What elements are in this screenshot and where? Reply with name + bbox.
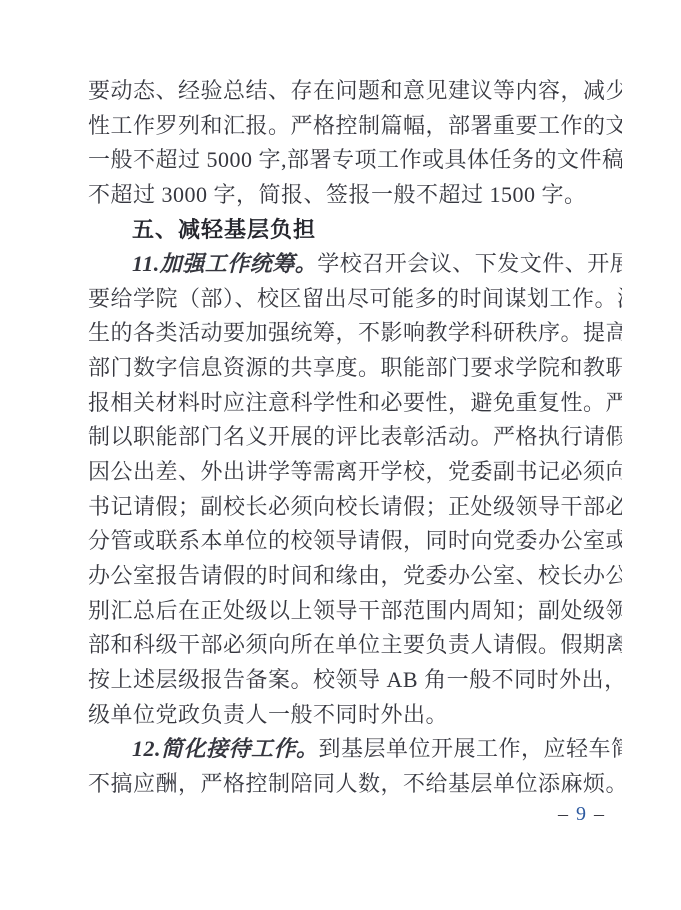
text-line: 因公出差、外出讲学等需离开学校，党委副书记必须向党委 — [88, 455, 622, 490]
text-line: 分管或联系本单位的校领导请假，同时向党委办公室或校长 — [88, 524, 622, 559]
text-line-segment: 到基层单位开展工作，应轻车简从， — [319, 736, 622, 761]
document-page: 要动态、经验总结、存在问题和意见建议等内容，减少一般性工作罗列和汇报。严格控制篇… — [0, 0, 681, 910]
document-body: 要动态、经验总结、存在问题和意见建议等内容，减少一般性工作罗列和汇报。严格控制篇… — [88, 74, 622, 801]
text-line: 12.简化接待工作。到基层单位开展工作，应轻车简从， — [88, 732, 622, 767]
text-line: 办公室报告请假的时间和缘由，党委办公室、校长办公室分 — [88, 559, 622, 594]
text-line: 报相关材料时应注意科学性和必要性，避免重复性。严格控 — [88, 386, 622, 421]
page-number-dash-right: – — [594, 803, 605, 825]
text-line: 别汇总后在正处级以上领导干部范围内周知；副处级领导干 — [88, 594, 622, 629]
text-line: 要给学院（部）、校区留出尽可能多的时间谋划工作。涉及师 — [88, 282, 622, 317]
paragraph-lead: 12.简化接待工作。 — [132, 736, 319, 761]
section-heading: 五、减轻基层负担 — [88, 213, 622, 248]
text-line: 不搞应酬，严格控制陪同人数，不给基层单位添麻烦。除现 — [88, 767, 622, 802]
text-line: 要动态、经验总结、存在问题和意见建议等内容，减少一般 — [88, 74, 622, 109]
text-line: 一般不超过 5000 字,部署专项工作或具体任务的文件稿一般 — [88, 143, 622, 178]
text-line: 按上述层级报告备案。校领导 AB 角一般不同时外出，各二 — [88, 663, 622, 698]
text-line: 不超过 3000 字，简报、签报一般不超过 1500 字。 — [88, 178, 622, 213]
page-number-value: 9 — [576, 803, 587, 825]
text-line-segment: 学校召开会议、下发文件、开展工作 — [317, 251, 622, 276]
page-number-dash-left: – — [558, 803, 569, 825]
text-line: 制以职能部门名义开展的评比表彰活动。严格执行请假制度， — [88, 420, 622, 455]
text-line: 书记请假；副校长必须向校长请假；正处级领导干部必须向 — [88, 490, 622, 525]
page-number: –9– — [558, 803, 605, 826]
text-line: 部和科级干部必须向所在单位主要负责人请假。假期离校， — [88, 628, 622, 663]
paragraph-lead: 11.加强工作统筹。 — [132, 251, 317, 276]
text-line: 11.加强工作统筹。学校召开会议、下发文件、开展工作 — [88, 247, 622, 282]
text-line: 性工作罗列和汇报。严格控制篇幅，部署重要工作的文件稿 — [88, 109, 622, 144]
text-line: 部门数字信息资源的共享度。职能部门要求学院和教职工填 — [88, 351, 622, 386]
text-line: 级单位党政负责人一般不同时外出。 — [88, 698, 622, 733]
text-line: 生的各类活动要加强统筹，不影响教学科研秩序。提高职能 — [88, 316, 622, 351]
